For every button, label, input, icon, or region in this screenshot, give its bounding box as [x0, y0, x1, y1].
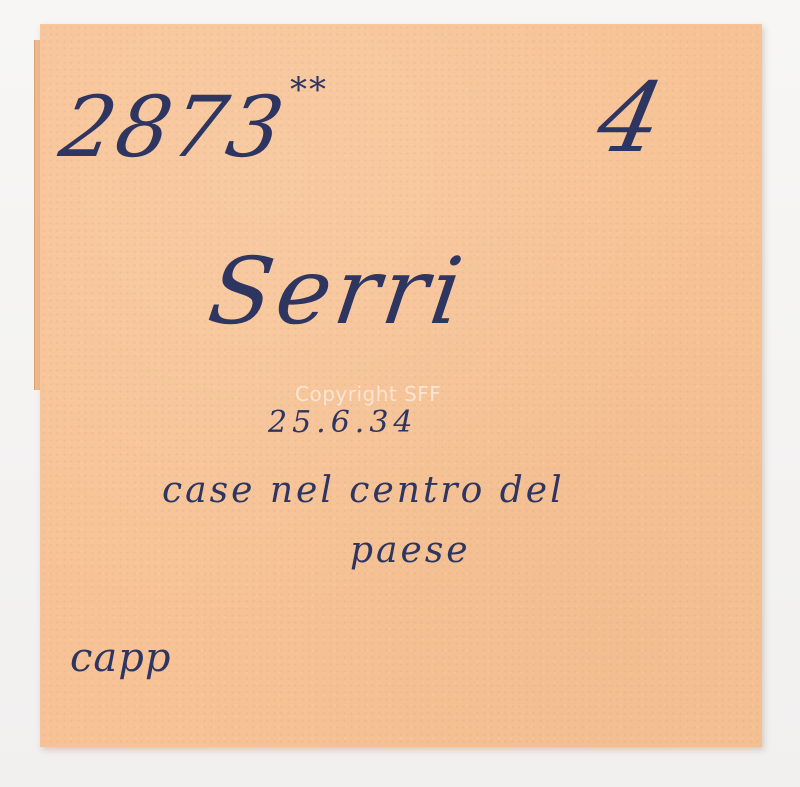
date: 25.6.34 [268, 405, 418, 440]
description-line-1: case nel centro del [162, 470, 565, 511]
copyright-watermark: Copyright SFF [295, 382, 441, 406]
place-name: Serri [202, 238, 472, 345]
catalog-number: 2873 [53, 78, 292, 176]
catalog-star-marks: ** [290, 70, 328, 110]
description-line-2: paese [350, 530, 471, 571]
corner-note: capp [70, 635, 171, 681]
